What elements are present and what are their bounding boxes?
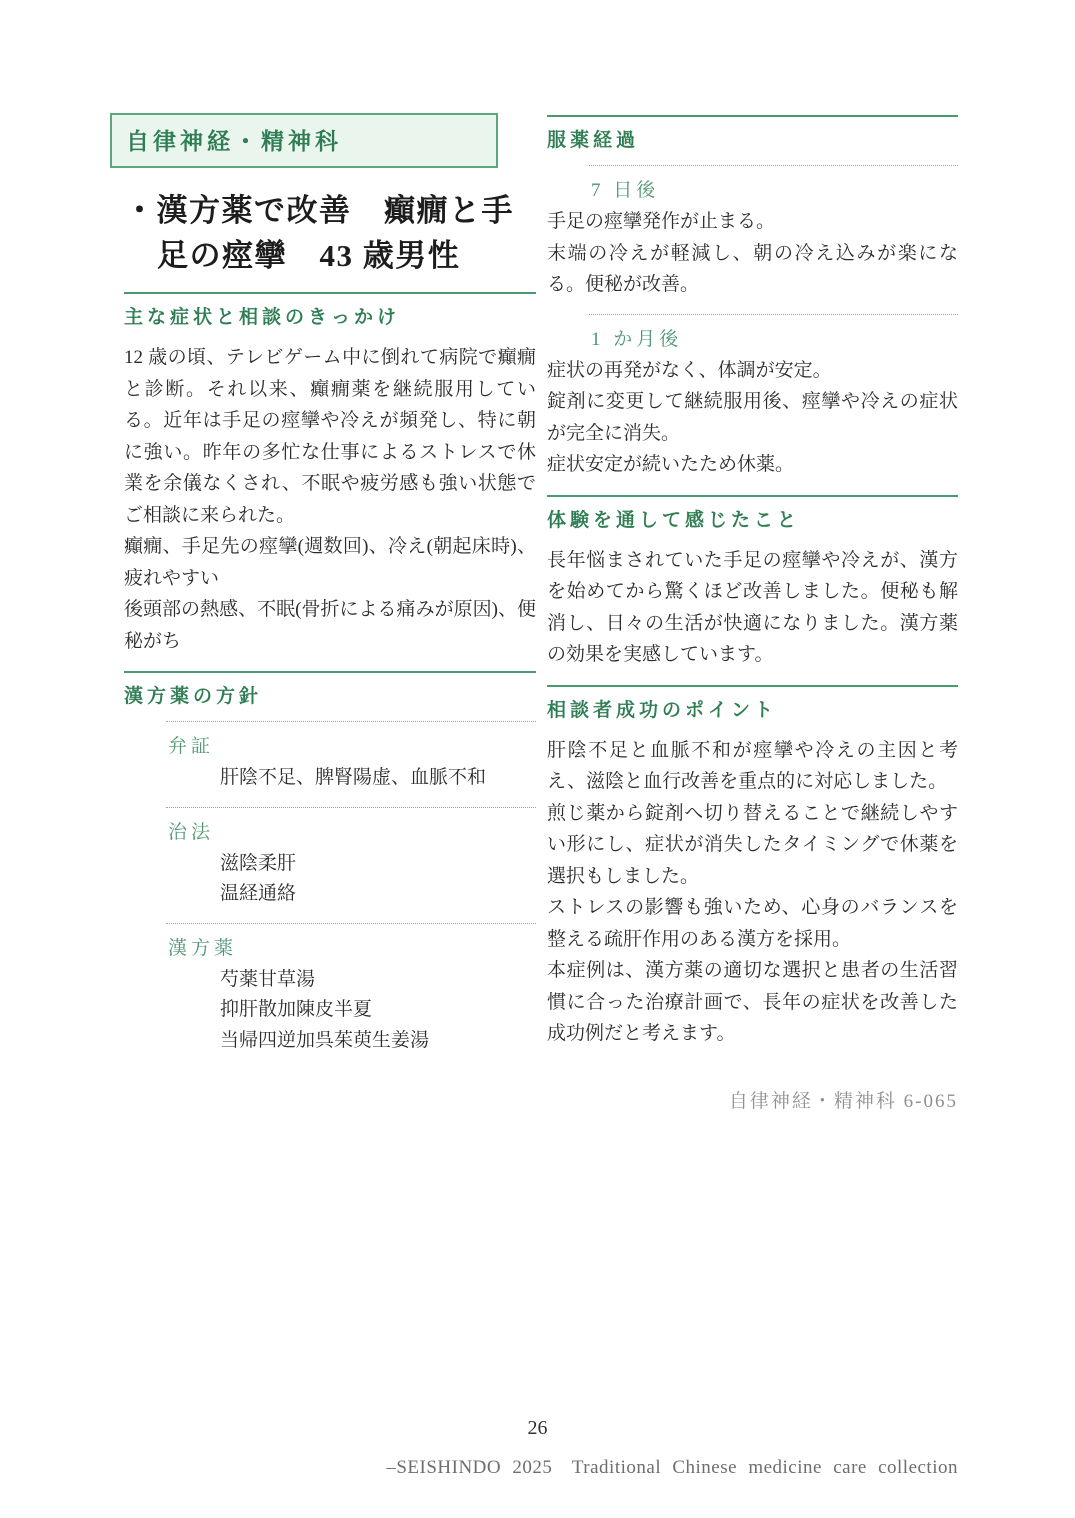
dotted-divider [589, 165, 958, 166]
right-column: 服薬経過 7 日後 手足の痙攣発作が止まる。 末端の冷えが軽減し、朝の冷え込みが… [547, 113, 958, 1113]
progress-entry-7days: 7 日後 手足の痙攣発作が止まる。 末端の冷えが軽減し、朝の冷え込みが楽になる。… [547, 165, 958, 301]
progress-line: 症状安定が続いたため休薬。 [547, 449, 958, 481]
case-title: ・漢方薬で改善 癲癇と手 足の痙攣 43 歳男性 [124, 188, 536, 278]
policy-label: 漢方薬 [168, 933, 536, 960]
progress-line: 手足の痙攣発作が止まる。 [547, 206, 958, 238]
points-paragraph: 煎じ薬から錠剤へ切り替えることで継続しやすい形にし、症状が消失したタイミングで休… [547, 798, 958, 893]
progress-body: 手足の痙攣発作が止まる。 末端の冷えが軽減し、朝の冷え込みが楽になる。便秘が改善… [547, 206, 958, 301]
policy-item: 肝陰不足、脾腎陽虚、血脈不和 [220, 763, 536, 794]
dotted-divider [589, 314, 958, 315]
progress-heading: 服薬経過 [547, 125, 958, 152]
dotted-divider [166, 721, 536, 722]
left-column-content: ・漢方薬で改善 癲癇と手 足の痙攣 43 歳男性 主な症状と相談のきっかけ 12… [124, 188, 536, 1056]
conclusion-paragraph: 本症例は、漢方薬の適切な選択と患者の生活習慣に合った治療計画で、長年の症状を改善… [547, 955, 958, 1050]
policy-item: 抑肝散加陳皮半夏 [220, 995, 536, 1026]
policy-group-chihou: 治法 滋陰柔肝 温経通絡 [124, 807, 536, 910]
policy-item: 滋陰柔肝 [220, 849, 536, 880]
symptoms-body: 12 歳の頃、テレビゲーム中に倒れて病院で癲癇と診断。それ以来、癲癇薬を継続服用… [124, 342, 536, 657]
category-badge: 自律神経・精神科 [110, 113, 498, 168]
points-body: 肝陰不足と血脈不和が痙攣や冷えの主因と考え、滋陰と血行改善を重点的に対応しました… [547, 735, 958, 1050]
progress-line: 症状の再発がなく、体調が安定。 [547, 355, 958, 387]
policy-items: 芍薬甘草湯 抑肝散加陳皮半夏 当帰四逆加呉茱萸生姜湯 [220, 965, 536, 1057]
progress-label: 7 日後 [591, 175, 958, 202]
policy-group-benshou: 弁証 肝陰不足、脾腎陽虚、血脈不和 [124, 721, 536, 794]
symptoms-paragraph: 後頭部の熱感、不眠(骨折による痛みが原因)、便秘がち [124, 594, 536, 657]
section-divider [547, 495, 958, 497]
policy-item: 当帰四逆加呉茱萸生姜湯 [220, 1026, 536, 1057]
case-title-line2: 足の痙攣 43 歳男性 [124, 233, 536, 278]
progress-line: 末端の冷えが軽減し、朝の冷え込みが楽になる。便秘が改善。 [547, 238, 958, 301]
progress-body: 症状の再発がなく、体調が安定。 錠剤に変更して継続服用後、痙攣や冷えの症状が完全… [547, 355, 958, 481]
policy-item: 芍薬甘草湯 [220, 965, 536, 996]
case-code: 自律神経・精神科 6-065 [547, 1086, 958, 1113]
symptoms-paragraph: 癲癇、手足先の痙攣(週数回)、冷え(朝起床時)、疲れやすい [124, 531, 536, 594]
footer-credit: –SEISHINDO 2025 Traditional Chinese medi… [386, 1452, 958, 1479]
points-paragraph: ストレスの影響も強いため、心身のバランスを整える疏肝作用のある漢方を採用。 [547, 892, 958, 955]
left-column: 自律神経・精神科 ・漢方薬で改善 癲癇と手 足の痙攣 43 歳男性 主な症状と相… [110, 113, 536, 1056]
experience-heading: 体験を通して感じたこと [547, 505, 958, 532]
symptoms-heading: 主な症状と相談のきっかけ [124, 302, 536, 329]
symptoms-paragraph: 12 歳の頃、テレビゲーム中に倒れて病院で癲癇と診断。それ以来、癲癇薬を継続服用… [124, 342, 536, 531]
section-divider [124, 671, 536, 673]
section-divider [124, 292, 536, 294]
section-divider [547, 685, 958, 687]
experience-body: 長年悩まされていた手足の痙攣や冷えが、漢方を始めてから驚くほど改善しました。便秘… [547, 545, 958, 671]
points-paragraph: 肝陰不足と血脈不和が痙攣や冷えの主因と考え、滋陰と血行改善を重点的に対応しました… [547, 735, 958, 798]
policy-items: 肝陰不足、脾腎陽虚、血脈不和 [220, 763, 536, 794]
experience-paragraph: 長年悩まされていた手足の痙攣や冷えが、漢方を始めてから驚くほど改善しました。便秘… [547, 545, 958, 671]
policy-items: 滋陰柔肝 温経通絡 [220, 849, 536, 910]
page-number: 26 [0, 1417, 1075, 1440]
points-heading: 相談者成功のポイント [547, 695, 958, 722]
section-divider [547, 115, 958, 117]
category-badge-label: 自律神経・精神科 [126, 129, 342, 154]
policy-group-kampo: 漢方薬 芍薬甘草湯 抑肝散加陳皮半夏 当帰四逆加呉茱萸生姜湯 [124, 923, 536, 1057]
case-title-line1: ・漢方薬で改善 癲癇と手 [124, 193, 514, 228]
dotted-divider [166, 923, 536, 924]
policy-heading: 漢方薬の方針 [124, 681, 536, 708]
progress-label: 1 か月後 [591, 324, 958, 351]
policy-label: 治法 [168, 817, 536, 844]
policy-label: 弁証 [168, 731, 536, 758]
policy-item: 温経通絡 [220, 879, 536, 910]
progress-line: 錠剤に変更して継続服用後、痙攣や冷えの症状が完全に消失。 [547, 386, 958, 449]
progress-entry-1month: 1 か月後 症状の再発がなく、体調が安定。 錠剤に変更して継続服用後、痙攣や冷え… [547, 314, 958, 481]
dotted-divider [166, 807, 536, 808]
